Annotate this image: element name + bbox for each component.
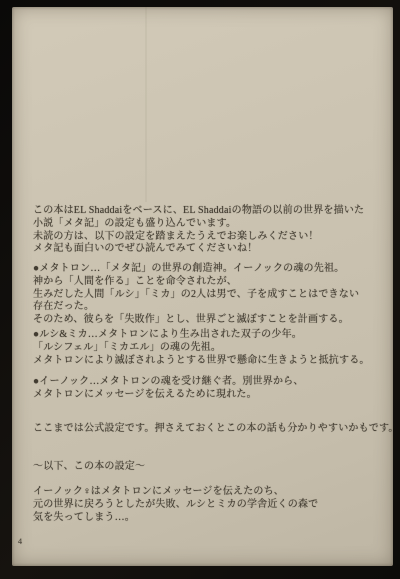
scanned-page: この本はEL Shaddaiをベースに、EL Shaddaiの物語の以前の世界を… [12, 7, 393, 566]
scan-artifact-line [145, 7, 147, 202]
section-heading: ～以下、この本の設定～ [33, 461, 145, 474]
character-setting-luci-mika: ●ルシ&ミカ…メタトロンにより生み出された双子の少年。 「ルシフェル」「ミカエル… [33, 329, 370, 367]
note-line: ここまでは公式設定です。押さえておくとこの本の話も分かりやすいかもです。 [33, 423, 393, 436]
character-setting-metatron: ●メタトロン…「メタ記」の世界の創造神。イーノックの魂の先祖。 神から「人間を作… [33, 263, 359, 327]
scan-border-frame: この本はEL Shaddaiをベースに、EL Shaddaiの物語の以前の世界を… [0, 0, 400, 579]
setting-line: メタトロンにメッセージを伝えるために現れた。 [33, 389, 304, 402]
book-setting-paragraph: イーノック♀はメタトロンにメッセージを伝えたのち、 元の世界に戻ろうとしたが失敗… [33, 486, 318, 524]
intro-line: この本はEL Shaddaiをベースに、EL Shaddaiの物語の以前の世界を… [33, 205, 364, 218]
setting-line: ●ルシ&ミカ…メタトロンにより生み出された双子の少年。 [33, 329, 370, 342]
heading-line: ～以下、この本の設定～ [33, 461, 145, 474]
setting-line: 神から「人間を作る」ことを命令されたが、 [33, 276, 359, 289]
official-setting-note: ここまでは公式設定です。押さえておくとこの本の話も分かりやすいかもです。 [33, 423, 393, 436]
setting-line: 存在だった。 [33, 301, 359, 314]
setting-line: 「ルシフェル」「ミカエル」の魂の先祖。 [33, 342, 370, 355]
intro-line: メタ記も面白いのでぜひ読んでみてくださいね！ [33, 243, 364, 256]
character-setting-enoch: ●イーノック…メタトロンの魂を受け継ぐ者。別世界から、 メタトロンにメッセージを… [33, 376, 304, 402]
intro-line: 小説「メタ記」の設定も盛り込んでいます。 [33, 218, 364, 231]
setting-line: 元の世界に戻ろうとしたが失敗、ルシとミカの学舎近くの森で [33, 499, 318, 512]
setting-line: 気を失ってしまう…。 [33, 512, 318, 525]
setting-line: メタトロンにより滅ぼされようとする世界で懸命に生きようと抵抗する。 [33, 355, 370, 368]
intro-paragraph: この本はEL Shaddaiをベースに、EL Shaddaiの物語の以前の世界を… [33, 205, 364, 256]
page-number: 4 [18, 537, 22, 546]
setting-line: 生みだした人間「ルシ」「ミカ」の2人は男で、子を成すことはできない [33, 289, 359, 302]
intro-line: 未読の方は、以下の設定を踏まえたうえでお楽しみください！ [33, 231, 364, 244]
setting-line: イーノック♀はメタトロンにメッセージを伝えたのち、 [33, 486, 318, 499]
setting-line: そのため、彼らを「失敗作」とし、世界ごと滅ぼすことを計画する。 [33, 314, 359, 327]
setting-line: ●イーノック…メタトロンの魂を受け継ぐ者。別世界から、 [33, 376, 304, 389]
setting-line: ●メタトロン…「メタ記」の世界の創造神。イーノックの魂の先祖。 [33, 263, 359, 276]
